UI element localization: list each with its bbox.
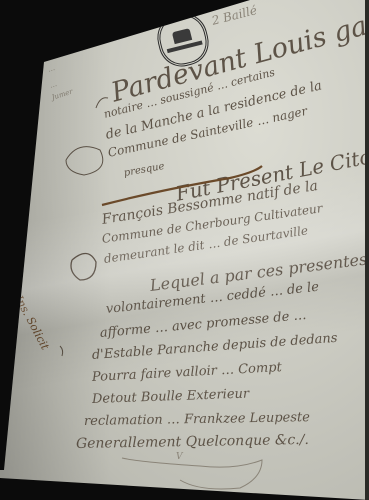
body-line: Commune de Sainteville … nager: [107, 104, 309, 160]
margin-note: …: [49, 80, 58, 90]
body-line: François Bessomme natif de la: [101, 178, 319, 228]
body-line: de la Manche a la residence de la: [104, 78, 323, 142]
body-line: d'Estable Paranche depuis de dedans: [91, 331, 337, 363]
body-line: Pardevant Louis gardie: [108, 0, 369, 108]
body-line: Generallement Quelconque &c./.: [76, 432, 309, 452]
body-line: Commune de Cherbourg Cultivateur: [101, 201, 323, 246]
header-note: 2 Baillé: [210, 3, 258, 28]
bottom-mark: V: [176, 452, 183, 462]
body-line: Lequel a par ces presentes: [149, 249, 368, 295]
stamp-band: [167, 40, 203, 53]
margin-note: …: [47, 64, 56, 74]
photo-scene: 2 Baillé … … Jumer Pardevant Louis gardi…: [0, 0, 369, 500]
body-line: presque: [123, 161, 165, 179]
body-line: Detout Boulle Exterieur: [92, 387, 250, 407]
body-line: Fut Present Le Citoyen: [174, 137, 369, 205]
stamp-seal-icon: [152, 9, 213, 72]
body-line: demeurant le dit … de Sourtaville: [103, 223, 309, 266]
margin-note: Jumer: [51, 88, 74, 102]
manuscript-paper: 2 Baillé … … Jumer Pardevant Louis gardi…: [0, 0, 369, 500]
ink-flourish-icon: [0, 0, 369, 500]
body-line: reclamation … Frankzee Leupeste: [84, 410, 310, 429]
body-line: afforme … avec promesse de …: [99, 308, 307, 341]
body-line: Pourra faire valloir … Compt: [92, 360, 283, 385]
book-spine-edge: [365, 0, 369, 500]
body-line: volontairement … ceddé … de le: [105, 280, 319, 317]
margin-signature: Ins. Solicit: [12, 293, 51, 352]
body-line: notaire … soussigné … certains: [102, 66, 276, 121]
stamp-emblem: [172, 28, 192, 44]
